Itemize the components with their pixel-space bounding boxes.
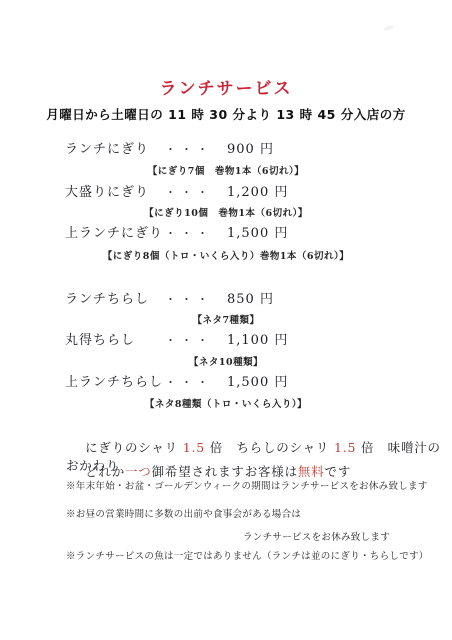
menu-item-name: 上ランチちらし: [65, 371, 163, 390]
menu-item-note: 【にぎり10個 巻物1本（6切れ）】: [0, 205, 452, 219]
menu-item: 丸得ちらし ・・・ 1,100 円: [65, 329, 288, 348]
offer-highlight: 無料: [298, 464, 325, 479]
menu-item-name: 上ランチにぎり: [65, 222, 163, 241]
menu-item-name: ランチちらし: [65, 288, 163, 307]
menu-item-price: 1,500 円: [227, 222, 288, 241]
offer-highlight: 一つ: [125, 464, 152, 479]
page-title: ランチサービス: [0, 74, 452, 99]
menu-item-dots: ・・・: [163, 184, 215, 200]
offer-text: です: [325, 464, 352, 479]
menu-item: 大盛りにぎり ・・・ 1,200 円: [65, 181, 288, 200]
footnote-busy: ※お昼の営業時間に多数の出前や食事会がある場合は: [66, 506, 301, 520]
menu-item-price: 900 円: [227, 138, 274, 157]
menu-item-name: ランチにぎり: [65, 138, 163, 157]
menu-item-note: 【にぎり8個（トロ・いくら入り）巻物1本（6切れ）】: [0, 248, 452, 262]
menu-item-note: 【ネタ10種類】: [0, 354, 452, 368]
menu-item: 上ランチちらし ・・・ 1,500 円: [65, 371, 288, 390]
menu-item-note: 【ネタ7種類】: [0, 312, 452, 326]
menu-item-price: 850 円: [227, 288, 274, 307]
menu-item: 上ランチにぎり ・・・ 1,500 円: [65, 222, 288, 241]
menu-item-dots: ・・・: [163, 332, 215, 348]
menu-item-dots: ・・・: [163, 225, 215, 241]
menu-item: ランチにぎり ・・・ 900 円: [65, 138, 274, 157]
menu-item: ランチちらし ・・・ 850 円: [65, 288, 274, 307]
offer-text: 御希望されますお客様は: [152, 464, 298, 479]
scan-artifact: [384, 24, 395, 31]
menu-item-dots: ・・・: [163, 374, 215, 390]
menu-item-dots: ・・・: [163, 141, 215, 157]
menu-item-note: 【にぎり7個 巻物1本（6切れ）】: [0, 163, 452, 177]
footnote-busy-cont: ランチサービスをお休み致します: [243, 529, 390, 543]
menu-item-name: 丸得ちらし: [65, 329, 163, 348]
page-subtitle: 月曜日から土曜日の 11 時 30 分より 13 時 45 分入店の方: [0, 105, 452, 123]
menu-item-note: 【ネタ8種類（トロ・いくら入り）】: [0, 396, 452, 410]
menu-item-name: 大盛りにぎり: [65, 181, 163, 200]
lunch-menu-page: ランチサービス 月曜日から土曜日の 11 時 30 分より 13 時 45 分入…: [0, 0, 452, 640]
menu-item-price: 1,200 円: [227, 181, 288, 200]
footnote-fish: ※ランチサービスの魚は一定ではありません（ランチは並のにぎり・ちらしです）: [66, 548, 429, 562]
menu-item-dots: ・・・: [163, 291, 215, 307]
menu-item-price: 1,100 円: [227, 329, 288, 348]
offer-text: どれか: [85, 464, 125, 479]
footnote-holiday: ※年末年始・お盆・ゴールデンウィークの期間はランチサービスをお休み致します: [66, 478, 428, 492]
menu-item-price: 1,500 円: [227, 371, 288, 390]
